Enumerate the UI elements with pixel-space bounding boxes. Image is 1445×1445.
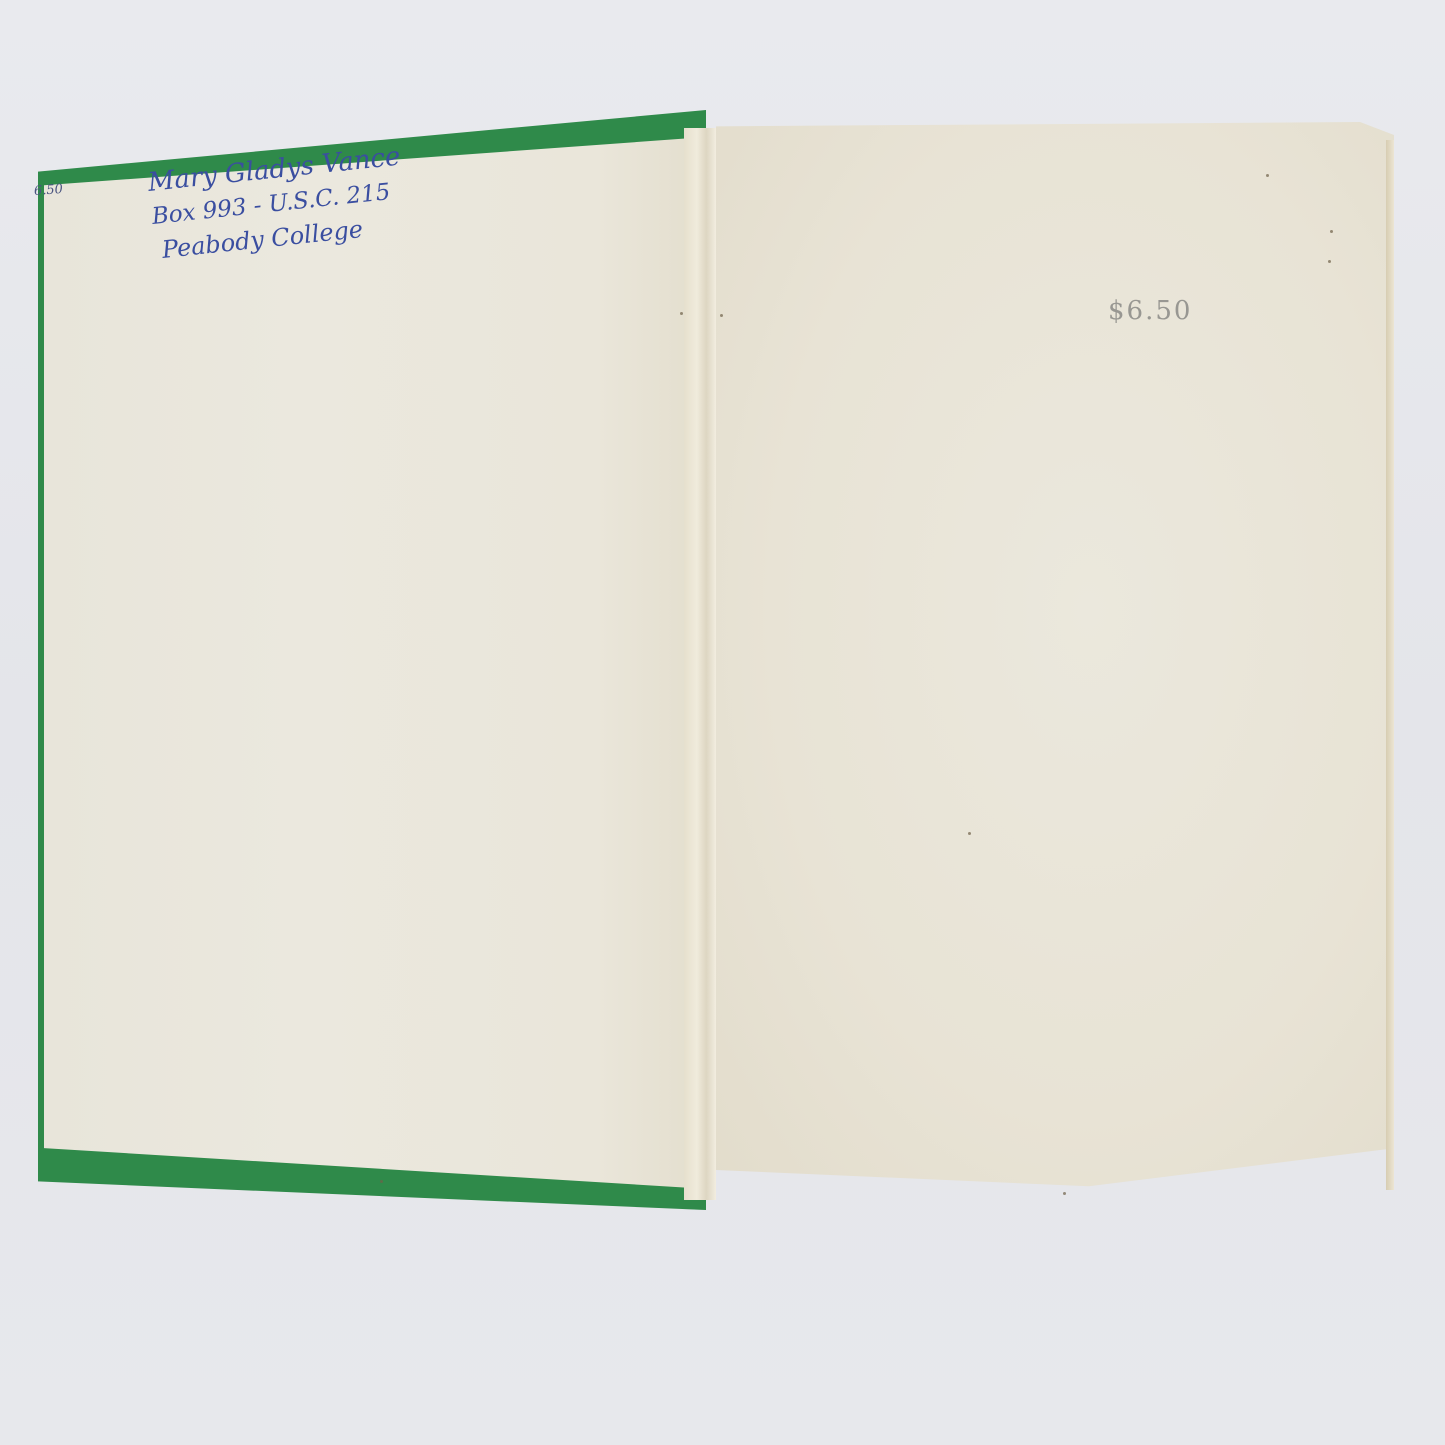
foxing-spot [1266,174,1269,177]
pencil-price: 6.50 [33,182,63,199]
foxing-spot [680,312,683,315]
foxing-spot [1330,230,1333,233]
inside-cover-pastedown [44,138,692,1188]
foxing-spot [1328,260,1331,263]
book-photo: 6.50 Mary Gladys Vance Box 993 - U.S.C. … [0,0,1445,1445]
free-endpaper [716,122,1394,1208]
foxing-spot [720,314,723,317]
page-block-edge [1386,140,1394,1190]
foxing-spot [968,832,971,835]
foxing-spot [1063,1192,1066,1195]
book-gutter [684,128,716,1200]
foxing-spot [380,1180,383,1183]
stamped-price: $6.50 [1108,296,1192,326]
